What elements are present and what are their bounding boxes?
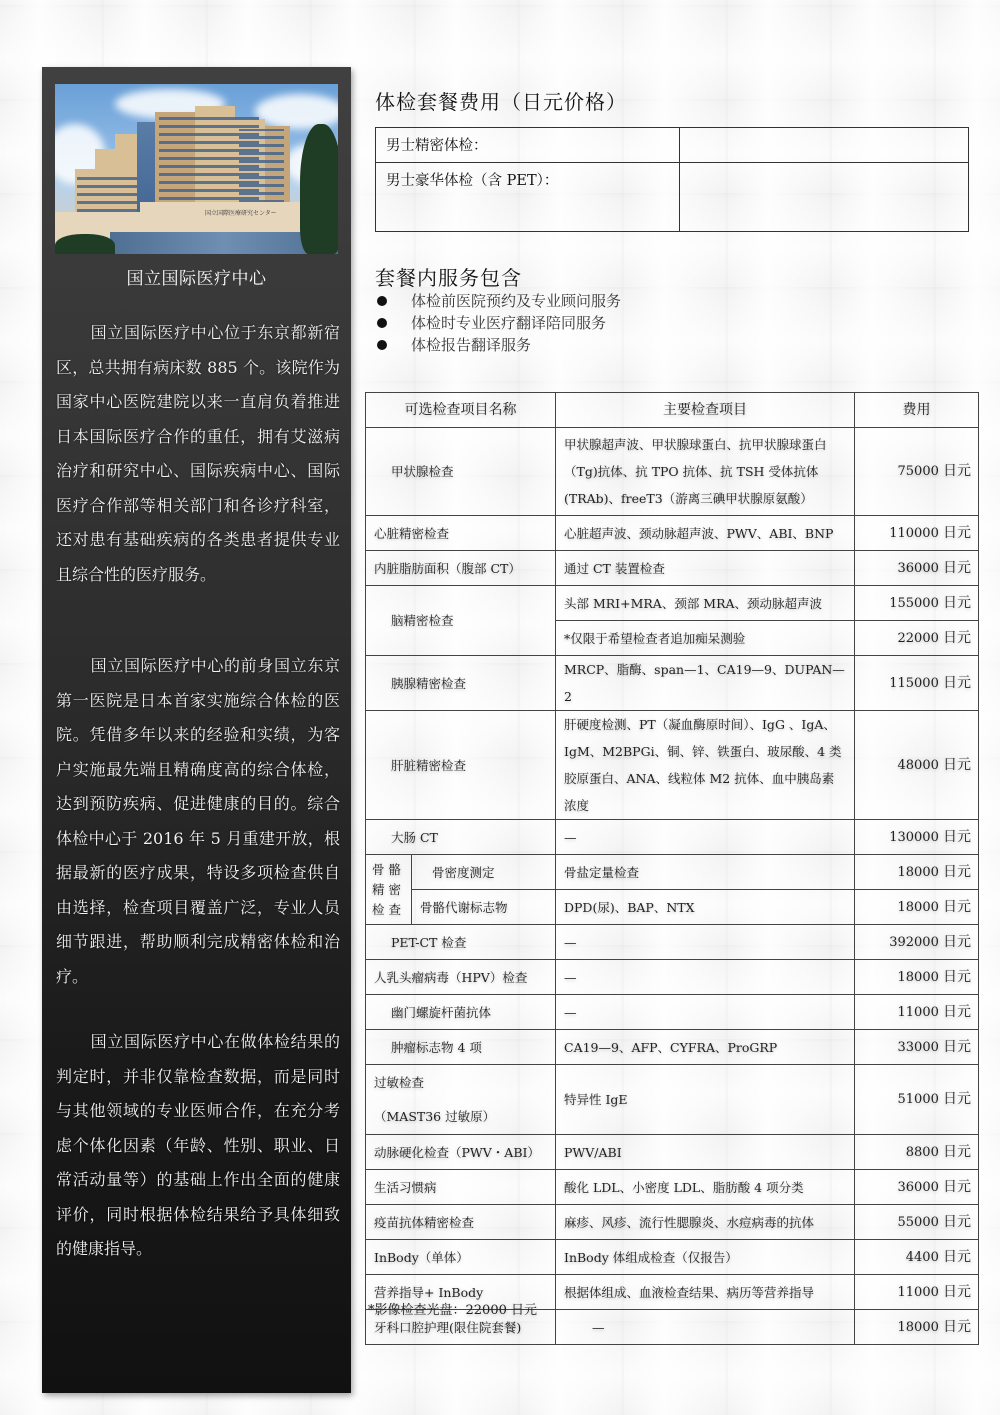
hospital-building-photo: 国立国際医療研究センター <box>55 84 338 254</box>
exam-items: 甲状腺超声波、甲状腺球蛋白、抗甲状腺球蛋白（Tg)抗体、抗 TPO 抗体、抗 T… <box>556 428 855 516</box>
exam-items: 心脏超声波、颈动脉超声波、PWV、ABI、BNP <box>556 516 855 551</box>
table-row: 疫苗抗体精密检查 麻疹、风疹、流行性腮腺炎、水痘病毒的抗体 55000 日元 <box>366 1205 979 1240</box>
package-row: 男士豪华体检（含 PET）： <box>376 163 969 232</box>
exam-items: 肝硬度检测、PT（凝血酶原时间）、IgG 、IgA、IgM、M2BPGi、铜、锌… <box>556 711 855 820</box>
exam-name: 骨骼代谢标志物 <box>412 890 556 925</box>
exam-items: PWV/ABI <box>556 1135 855 1170</box>
exam-items: DPD(尿)、BAP、NTX <box>556 890 855 925</box>
table-row: 肝脏精密检查 肝硬度检测、PT（凝血酶原时间）、IgG 、IgA、IgM、M2B… <box>366 711 979 820</box>
exam-fee: 75000 日元 <box>855 428 979 516</box>
exam-items: 麻疹、风疹、流行性腮腺炎、水痘病毒的抗体 <box>556 1205 855 1240</box>
package-fees-heading: 体检套餐费用（日元价格） <box>375 86 627 115</box>
table-row: 过敏检查（MAST36 过敏原） 特异性 IgE 51000 日元 <box>366 1065 979 1135</box>
exam-name: 生活习惯病 <box>366 1170 556 1205</box>
exam-fee: 11000 日元 <box>855 1275 979 1310</box>
exam-fee: 18000 日元 <box>855 855 979 890</box>
exam-items: — <box>556 960 855 995</box>
header-main-items: 主要检查项目 <box>556 393 855 428</box>
exam-items: — <box>556 820 855 855</box>
header-exam-name: 可选检查项目名称 <box>366 393 556 428</box>
exam-items: 根据体组成、血液检查结果、病历等营养指导 <box>556 1275 855 1310</box>
optional-exams-table: 可选检查项目名称 主要检查项目 费用 甲状腺检查 甲状腺超声波、甲状腺球蛋白、抗… <box>365 392 979 1345</box>
exam-name: 心脏精密检查 <box>366 516 556 551</box>
exam-items: 特异性 IgE <box>556 1065 855 1135</box>
exam-fee: 33000 日元 <box>855 1030 979 1065</box>
table-row: 心脏精密检查 心脏超声波、颈动脉超声波、PWV、ABI、BNP 110000 日… <box>366 516 979 551</box>
exam-name: 动脉硬化检查（PWV・ABI） <box>366 1135 556 1170</box>
exam-fee: 36000 日元 <box>855 551 979 586</box>
service-item: 体检时专业医疗翻译陪同服务 <box>375 312 621 334</box>
building-sign: 国立国際医療研究センター <box>205 208 277 217</box>
exam-items: — <box>556 1310 855 1345</box>
exam-fee: 4400 日元 <box>855 1240 979 1275</box>
package-fees-table: 男士精密体检： 男士豪华体检（含 PET）： <box>375 127 969 232</box>
exam-items: 骨盐定量检查 <box>556 855 855 890</box>
table-row: InBody（单体） InBody 体组成检查（仅报告） 4400 日元 <box>366 1240 979 1275</box>
exam-name: 脑精密检查 <box>366 586 556 656</box>
exam-fee: 18000 日元 <box>855 960 979 995</box>
exam-items: InBody 体组成检查（仅报告） <box>556 1240 855 1275</box>
package-row: 男士精密体检： <box>376 128 969 163</box>
hospital-name-title: 国立国际医疗中心 <box>42 264 351 289</box>
exam-fee: 55000 日元 <box>855 1205 979 1240</box>
exam-fee: 392000 日元 <box>855 925 979 960</box>
exam-name: InBody（单体） <box>366 1240 556 1275</box>
exam-name: 胰腺精密检查 <box>366 656 556 711</box>
table-row: 人乳头瘤病毒（HPV）检查 — 18000 日元 <box>366 960 979 995</box>
table-row: 骨骼精密检查 骨密度测定 骨盐定量检查 18000 日元 <box>366 855 979 890</box>
table-row: 幽门螺旋杆菌抗体 — 11000 日元 <box>366 995 979 1030</box>
exam-fee: 8800 日元 <box>855 1135 979 1170</box>
exam-name: 幽门螺旋杆菌抗体 <box>366 995 556 1030</box>
exam-items: *仅限于希望检查者追加痴呆测验 <box>556 621 855 656</box>
exam-name: 内脏脂肪面积（腹部 CT） <box>366 551 556 586</box>
exam-items: — <box>556 995 855 1030</box>
exam-name: 大肠 CT <box>366 820 556 855</box>
table-row: 骨骼代谢标志物 DPD(尿)、BAP、NTX 18000 日元 <box>366 890 979 925</box>
exam-items: 酸化 LDL、小密度 LDL、脂肪酸 4 项分类 <box>556 1170 855 1205</box>
exam-name: 骨密度测定 <box>412 855 556 890</box>
footnote-image-disc: *影像检查光盘：22000 日元 <box>368 1299 537 1318</box>
hospital-info-panel: 国立国際医療研究センター 国立国际医疗中心 国立国际医疗中心位于东京都新宿区，总… <box>42 67 351 1393</box>
table-row: 甲状腺检查 甲状腺超声波、甲状腺球蛋白、抗甲状腺球蛋白（Tg)抗体、抗 TPO … <box>366 428 979 516</box>
intro-paragraph-1: 国立国际医疗中心位于东京都新宿区，总共拥有病床数 885 个。该院作为国家中心医… <box>56 316 340 592</box>
table-row: 大肠 CT — 130000 日元 <box>366 820 979 855</box>
exam-items: — <box>556 925 855 960</box>
exam-items: MRCP、脂酶、span—1、CA19—9、DUPAN—2 <box>556 656 855 711</box>
services-list: 体检前医院预约及专业顾问服务 体检时专业医疗翻译陪同服务 体检报告翻译服务 <box>375 290 621 356</box>
service-item: 体检前医院预约及专业顾问服务 <box>375 290 621 312</box>
exam-fee: 130000 日元 <box>855 820 979 855</box>
exam-fee: 110000 日元 <box>855 516 979 551</box>
bullet-icon <box>377 296 387 306</box>
exam-fee: 48000 日元 <box>855 711 979 820</box>
table-row: 胰腺精密检查 MRCP、脂酶、span—1、CA19—9、DUPAN—2 115… <box>366 656 979 711</box>
table-row: 动脉硬化检查（PWV・ABI） PWV/ABI 8800 日元 <box>366 1135 979 1170</box>
exam-fee: 51000 日元 <box>855 1065 979 1135</box>
bullet-icon <box>377 340 387 350</box>
exam-group-label: 骨骼精密检查 <box>366 855 412 925</box>
exam-name: 肿瘤标志物 4 项 <box>366 1030 556 1065</box>
bullet-icon <box>377 318 387 328</box>
table-row: 脑精密检查 头部 MRI+MRA、颈部 MRA、颈动脉超声波 155000 日元 <box>366 586 979 621</box>
table-row: 生活习惯病 酸化 LDL、小密度 LDL、脂肪酸 4 项分类 36000 日元 <box>366 1170 979 1205</box>
services-heading: 套餐内服务包含 <box>375 262 522 291</box>
exam-fee: 36000 日元 <box>855 1170 979 1205</box>
intro-paragraph-2: 国立国际医疗中心的前身国立东京第一医院是日本首家实施综合体检的医院。凭借多年以来… <box>56 649 340 994</box>
intro-paragraph-3: 国立国际医疗中心在做体检结果的判定时，并非仅靠检查数据，而是同时与其他领域的专业… <box>56 1025 340 1267</box>
exam-items: CA19—9、AFP、CYFRA、ProGRP <box>556 1030 855 1065</box>
exam-name: 疫苗抗体精密检查 <box>366 1205 556 1240</box>
exam-name: 甲状腺检查 <box>366 428 556 516</box>
exam-name: 肝脏精密检查 <box>366 711 556 820</box>
table-row: 内脏脂肪面积（腹部 CT） 通过 CT 装置检查 36000 日元 <box>366 551 979 586</box>
exam-items: 头部 MRI+MRA、颈部 MRA、颈动脉超声波 <box>556 586 855 621</box>
exam-name: PET-CT 检查 <box>366 925 556 960</box>
package-value <box>680 128 969 163</box>
exam-fee: 155000 日元 <box>855 586 979 621</box>
exam-fee: 18000 日元 <box>855 1310 979 1345</box>
exam-fee: 22000 日元 <box>855 621 979 656</box>
exam-fee: 18000 日元 <box>855 890 979 925</box>
table-row: 肿瘤标志物 4 项 CA19—9、AFP、CYFRA、ProGRP 33000 … <box>366 1030 979 1065</box>
exam-name: 过敏检查（MAST36 过敏原） <box>366 1065 556 1135</box>
exam-fee: 115000 日元 <box>855 656 979 711</box>
exam-name: 人乳头瘤病毒（HPV）检查 <box>366 960 556 995</box>
table-row: PET-CT 检查 — 392000 日元 <box>366 925 979 960</box>
package-label: 男士精密体检： <box>376 128 680 163</box>
exam-fee: 11000 日元 <box>855 995 979 1030</box>
exam-items: 通过 CT 装置检查 <box>556 551 855 586</box>
service-item: 体检报告翻译服务 <box>375 334 621 356</box>
package-value <box>680 163 969 232</box>
table-header-row: 可选检查项目名称 主要检查项目 费用 <box>366 393 979 428</box>
header-fee: 费用 <box>855 393 979 428</box>
package-label: 男士豪华体检（含 PET）： <box>376 163 680 232</box>
